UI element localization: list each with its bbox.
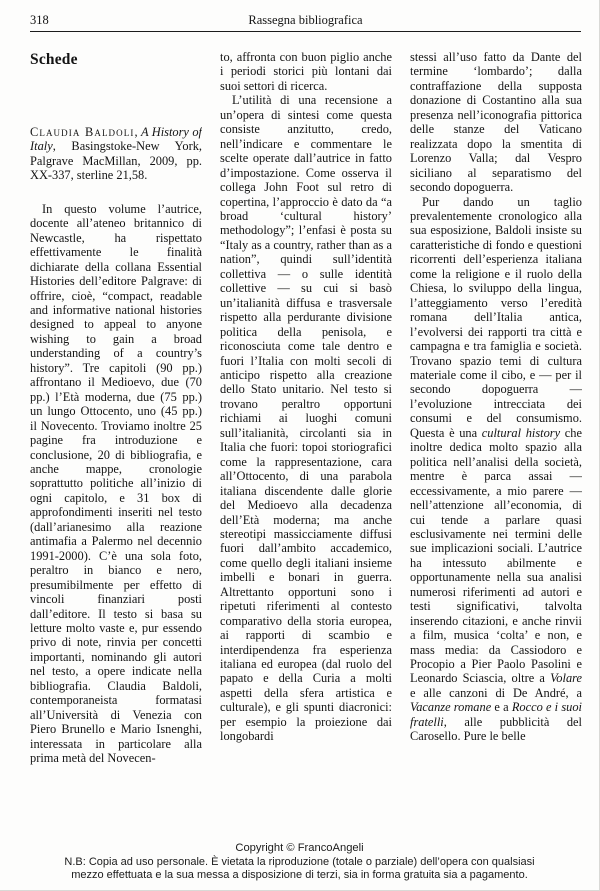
text-segment: Volare xyxy=(550,671,582,685)
column-2: to, affronta con buon piglio anche i per… xyxy=(220,50,392,843)
scanned-journal-page: 318 Rassegna bibliografica Schede Claudi… xyxy=(0,0,600,891)
paragraph: stessi all’uso fatto da Dante del termin… xyxy=(410,50,582,195)
paragraph: L’utilità di una recensione a un’opera d… xyxy=(220,93,392,743)
paragraph: Pur dando un taglio prevalentemente cron… xyxy=(410,195,582,744)
text-segment: L’utilità di una recensione a un’opera d… xyxy=(220,93,392,743)
usage-notice-line-1: N.B: Copia ad uso personale. È vietata l… xyxy=(0,856,599,869)
usage-notice-line-2: mezzo effettuata e la sua messa a dispos… xyxy=(0,869,599,882)
text-segment: e a xyxy=(491,700,512,714)
text-segment: che inoltre dedica molto spazio alla pol… xyxy=(410,426,582,686)
review-body: Schede Claudia Baldoli, A History of Ita… xyxy=(30,50,582,843)
page-footer: Copyright © FrancoAngeli N.B: Copia ad u… xyxy=(0,842,599,883)
paragraph: Claudia Baldoli, A History of Italy, Bas… xyxy=(30,125,202,183)
column-1: Schede Claudia Baldoli, A History of Ita… xyxy=(30,50,202,843)
text-segment: Claudia Baldoli xyxy=(30,125,134,139)
header-rule xyxy=(30,31,581,32)
text-segment: cultural history xyxy=(482,426,560,440)
text-segment: Vacanze romane xyxy=(410,700,491,714)
text-segment: , Basingstoke-New York, Palgrave MacMill… xyxy=(30,139,202,182)
section-heading: Schede xyxy=(30,52,202,68)
paragraph: to, affronta con buon piglio anche i per… xyxy=(220,50,392,93)
copyright-line: Copyright © FrancoAngeli xyxy=(0,842,599,855)
text-segment: to, affronta con buon piglio anche i per… xyxy=(220,50,392,93)
text-segment: In questo volume l’autrice, docente all’… xyxy=(30,202,202,765)
column-3: stessi all’uso fatto da Dante del termin… xyxy=(410,50,582,843)
journal-running-title: Rassegna bibliografica xyxy=(30,13,581,28)
text-segment: stessi all’uso fatto da Dante del termin… xyxy=(410,50,582,194)
page-header: 318 Rassegna bibliografica xyxy=(30,13,581,31)
paragraph: In questo volume l’autrice, docente all’… xyxy=(30,202,202,766)
text-segment: Pur dando un taglio prevalentemente cron… xyxy=(410,195,582,440)
text-segment: e alle canzoni di De André, a xyxy=(410,686,582,700)
